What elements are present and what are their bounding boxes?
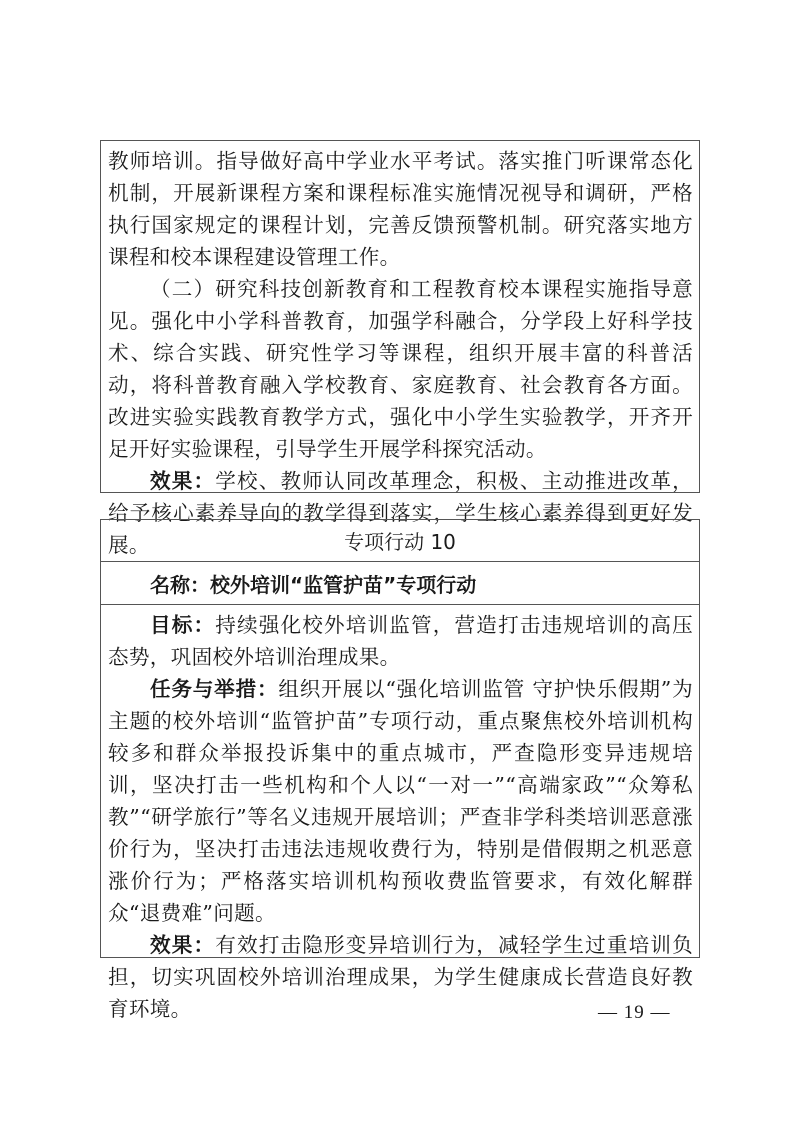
goal-label: 目标： <box>150 613 215 637</box>
continued-content-box: 教师培训。指导做好高中学业水平考试。落实推门听课常态化机制，开展新课程方案和课程… <box>100 140 700 493</box>
special-action-table: 专项行动 10 名称：校外培训“监管护苗”专项行动 目标：持续强化校外培训监管，… <box>100 519 700 958</box>
name-text: 校外培训“监管护苗”专项行动 <box>210 569 476 598</box>
tasks-text: 组织开展以“强化培训监管 守护快乐假期”为主题的校外培训“监管护苗”专项行动，重… <box>108 677 693 925</box>
paragraph-teacher-training: 教师培训。指导做好高中学业水平考试。落实推门听课常态化机制，开展新课程方案和课程… <box>108 145 693 273</box>
action-body-row: 目标：持续强化校外培训监管，营造打击违规培训的高压态势，巩固校外培训治理成果。 … <box>101 605 699 1025</box>
action-title-row: 专项行动 10 <box>101 520 699 562</box>
paragraph-tasks: 任务与举措：组织开展以“强化培训监管 守护快乐假期”为主题的校外培训“监管护苗”… <box>108 673 693 929</box>
action-title: 专项行动 10 <box>344 526 456 555</box>
paragraph-goal: 目标：持续强化校外培训监管，营造打击违规培训的高压态势，巩固校外培训治理成果。 <box>108 609 693 673</box>
tasks-label: 任务与举措： <box>150 677 278 701</box>
paragraph-science-education: （二）研究科技创新教育和工程教育校本课程实施指导意见。强化中小学科普教育，加强学… <box>108 273 693 465</box>
effect-label: 效果： <box>150 469 215 493</box>
page-number: — 19 — <box>598 1002 671 1024</box>
action-name-row: 名称：校外培训“监管护苗”专项行动 <box>101 562 699 605</box>
action-effect-label: 效果： <box>150 933 215 957</box>
name-label: 名称： <box>150 569 210 598</box>
